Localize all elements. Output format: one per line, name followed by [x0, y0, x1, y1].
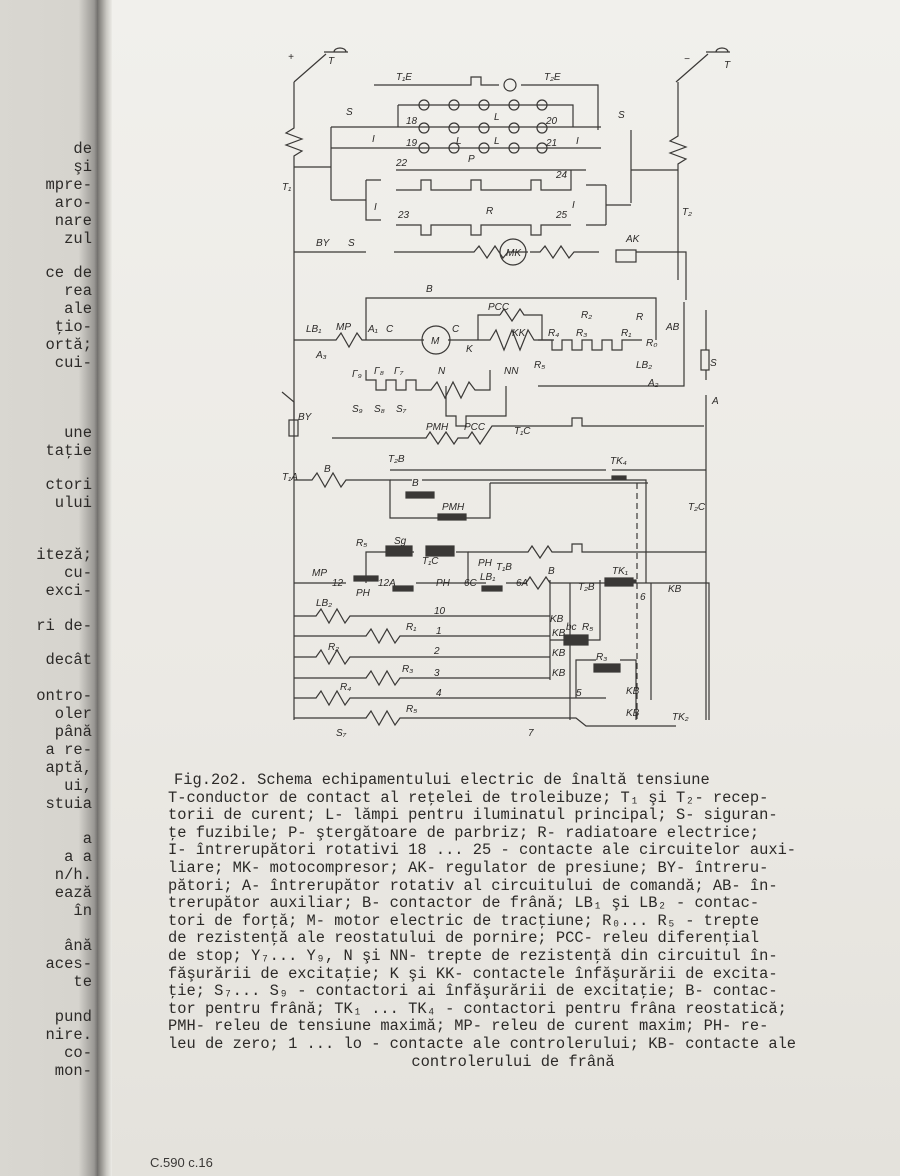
left-page-line: a re-: [45, 741, 92, 759]
diagram-label: A₁: [367, 324, 378, 335]
circuit-schematic: + T − T T₁E T₂E S S I I I I L L L 18 20 …: [276, 40, 756, 750]
left-page-line: decât: [45, 651, 92, 669]
caption-line: leu de zero; 1 ... lo - contacte ale con…: [168, 1036, 858, 1054]
diagram-label: 5: [576, 688, 582, 699]
diagram-label: B: [548, 566, 555, 577]
left-page-line: ce de: [45, 264, 92, 282]
left-page-line: în: [73, 902, 92, 920]
diagram-label: S: [346, 107, 353, 118]
diagram-label: 4: [436, 688, 442, 699]
diagram-label: 7: [528, 728, 534, 739]
diagram-label: PH: [478, 558, 493, 569]
diagram-label: AK: [625, 234, 641, 245]
diagram-label: KB: [668, 584, 682, 595]
diagram-label: A₃: [315, 350, 327, 361]
diagram-label: TK₄: [610, 456, 627, 467]
diagram-label: 20: [545, 116, 558, 127]
diagram-label: S: [710, 358, 717, 369]
diagram-label: 12A: [378, 578, 396, 589]
diagram-label: TK₁: [612, 566, 628, 577]
diagram-label: BY: [316, 238, 331, 249]
diagram-label: KB: [550, 614, 564, 625]
caption-line: trerupător auxiliar; B- contactor de frâ…: [168, 895, 858, 913]
left-page-line: ţio-: [55, 318, 92, 336]
diagram-label: T₁A: [282, 472, 298, 483]
left-page-line: oler: [55, 705, 92, 723]
left-page-line: ează: [55, 884, 92, 902]
diagram-label: Γ₇: [394, 366, 404, 377]
diagram-label: I: [576, 136, 579, 147]
left-page-line: pund: [55, 1008, 92, 1026]
left-page-line: co-: [64, 1044, 92, 1062]
diagram-label: S: [348, 238, 355, 249]
diagram-label: A₂: [647, 378, 659, 389]
diagram-label: Γ₉: [352, 369, 362, 380]
diagram-label: B: [426, 284, 433, 295]
diagram-label: R₃: [402, 664, 413, 675]
caption-line: de rezistenţă ale reostatului de pornire…: [168, 930, 858, 948]
left-page-line: şi: [73, 158, 92, 176]
left-page-line: zul: [64, 230, 92, 248]
left-page-line: ontro-: [36, 687, 92, 705]
left-page-line: aces-: [45, 955, 92, 973]
diagram-label: T₁C: [422, 556, 439, 567]
diagram-label: I: [372, 134, 375, 145]
diagram-label: S₉: [352, 404, 363, 415]
caption-line: de stop; Υ₇... Υ₉, N şi NN- trepte de re…: [168, 948, 858, 966]
left-page-line: până: [55, 723, 92, 741]
left-page-line: exci-: [45, 582, 92, 600]
diagram-label: I: [374, 202, 377, 213]
caption-line: făşurării de excitaţie; K şi KK- contact…: [168, 966, 858, 984]
diagram-label: MP: [312, 568, 327, 579]
left-page-line: cui-: [55, 354, 92, 372]
diagram-label: R₂: [581, 310, 592, 321]
left-page-line: iteză;: [36, 546, 92, 564]
left-page-line: de: [73, 140, 92, 158]
diagram-label: BY: [298, 412, 313, 423]
caption-line: pători; A- întrerupător rotativ al circu…: [168, 878, 858, 896]
diagram-label: PCC: [464, 422, 486, 433]
diagram-label: KB: [552, 648, 566, 659]
diagram-label: Γ₈: [374, 366, 384, 377]
diagram-label: 1: [436, 626, 442, 637]
diagram-label: MK: [506, 248, 522, 259]
diagram-label: 6C: [464, 578, 478, 589]
diagram-label: TK₂: [672, 712, 689, 723]
left-page-line: ână: [64, 937, 92, 955]
left-page-line: taţie: [45, 442, 92, 460]
caption-line: I- întrerupători rotativi 18 ... 25 - co…: [168, 842, 858, 860]
circuit-diagram: + T − T T₁E T₂E S S I I I I L L L 18 20 …: [276, 40, 756, 750]
diagram-label: 18: [406, 116, 418, 127]
diagram-label: 24: [555, 170, 568, 181]
caption-line: PMH- releu de tensiune maximă; MP- releu…: [168, 1018, 858, 1036]
diagram-label: LB₂: [316, 598, 332, 609]
diagram-label: T₁C: [514, 426, 531, 437]
left-page-line: ui,: [64, 777, 92, 795]
diagram-label: KB: [552, 668, 566, 679]
diagram-label: R₂: [328, 642, 339, 653]
caption-line: ţie; S₇... S₉ - contactori ai înfăşurări…: [168, 983, 858, 1001]
diagram-label: L: [456, 136, 462, 147]
diagram-label: AB: [665, 322, 680, 333]
diagram-label: T: [724, 60, 731, 71]
diagram-label: K: [466, 344, 474, 355]
left-page-line: ortă;: [45, 336, 92, 354]
left-page-line: rea: [64, 282, 92, 300]
diagram-label: 6A: [516, 578, 529, 589]
diagram-label: PMH: [442, 502, 465, 513]
diagram-label: T₂E: [544, 72, 561, 83]
diagram-label: C: [452, 324, 460, 335]
left-page-line: ului: [55, 494, 92, 512]
diagram-label: 10: [434, 606, 446, 617]
left-page-line: n/h.: [55, 866, 92, 884]
caption-last-line: controlerului de frână: [168, 1054, 858, 1072]
left-page-line: mon-: [55, 1062, 92, 1080]
diagram-label: 12: [332, 578, 344, 589]
diagram-label: 19: [406, 138, 418, 149]
left-page-line: une: [64, 424, 92, 442]
diagram-label: T₂C: [688, 502, 706, 513]
diagram-label: R₀: [646, 338, 657, 349]
diagram-label: R: [486, 206, 493, 217]
library-stamp: C.590 c.16: [150, 1155, 213, 1170]
diagram-label: T₂B: [578, 582, 595, 593]
diagram-label: N: [438, 366, 446, 377]
caption-line: T-conductor de contact al reţelei de tro…: [168, 790, 858, 808]
diagram-label: T₂B: [388, 454, 405, 465]
diagram-label: S₇: [396, 404, 407, 415]
diagram-label: PCC: [488, 302, 510, 313]
diagram-label: M: [431, 336, 440, 347]
diagram-label: Sg: [394, 536, 407, 547]
diagram-label: bc: [566, 622, 577, 633]
diagram-label: B: [412, 478, 419, 489]
left-page-line: aro-: [55, 194, 92, 212]
diagram-label: PH: [356, 588, 371, 599]
diagram-label: R₅: [534, 360, 545, 371]
diagram-label: 22: [395, 158, 408, 169]
left-page-line: cu-: [64, 564, 92, 582]
diagram-label: R₅: [356, 538, 367, 549]
left-page-line: aptă,: [45, 759, 92, 777]
caption-line: torii de curent; L- lămpi pentru ilumina…: [168, 807, 858, 825]
diagram-label: R₅: [582, 622, 593, 633]
left-page-line: ri de-: [36, 617, 92, 635]
left-page-line: a a: [64, 848, 92, 866]
caption-line: liare; MK- motocompresor; AK- regulator …: [168, 860, 858, 878]
caption-line: ţe fuzibile; P- ştergătoare de parbriz; …: [168, 825, 858, 843]
left-page-line: a: [83, 830, 92, 848]
diagram-label: R₅: [406, 704, 417, 715]
left-page-line: nare: [55, 212, 92, 230]
left-page-line: nire.: [45, 1026, 92, 1044]
diagram-label: P: [468, 154, 475, 165]
diagram-label: R₃: [576, 328, 587, 339]
diagram-label: −: [684, 54, 690, 65]
diagram-label: 6: [640, 592, 646, 603]
diagram-label: T₁B: [496, 562, 512, 573]
diagram-label: L: [494, 112, 500, 123]
diagram-label: 25: [555, 210, 568, 221]
diagram-label: NN: [504, 366, 519, 377]
diagram-label: R₄: [548, 328, 559, 339]
diagram-label: PMH: [426, 422, 449, 433]
left-page: deşimpre-aro-narezulce dereaaleţio-ortă;…: [0, 0, 98, 1176]
diagram-label: LB₁: [306, 324, 321, 335]
diagram-label: S: [618, 110, 625, 121]
left-page-line: te: [73, 973, 92, 991]
caption-line: tor pentru frână; TK₁ ... TK₄ - contacto…: [168, 1001, 858, 1019]
diagram-label: KB: [626, 686, 640, 697]
book-gutter: [98, 0, 112, 1176]
diagram-label: LB₂: [636, 360, 652, 371]
caption-line: tori de forţă; M- motor electric de trac…: [168, 913, 858, 931]
diagram-label: 21: [545, 138, 557, 149]
diagram-label: KB: [626, 708, 640, 719]
left-page-line: ctori: [45, 476, 92, 494]
diagram-label: T₁: [282, 182, 291, 193]
left-page-line: stuia: [45, 795, 92, 813]
diagram-label: LB₁: [480, 572, 495, 583]
diagram-label: KK: [512, 328, 527, 339]
diagram-label: T: [328, 56, 335, 67]
diagram-label: C: [386, 324, 394, 335]
diagram-label: +: [288, 52, 294, 63]
diagram-label: KB: [552, 628, 566, 639]
left-page-line: mpre-: [45, 176, 92, 194]
diagram-label: R₁: [621, 328, 631, 339]
diagram-label: A: [711, 396, 719, 407]
diagram-label: MP: [336, 322, 351, 333]
diagram-label: R: [636, 312, 643, 323]
diagram-label: 23: [397, 210, 410, 221]
caption-legend: T-conductor de contact al reţelei de tro…: [168, 790, 858, 1054]
figure-caption: Fig.2o2. Schema echipamentului electric …: [168, 772, 858, 1071]
diagram-label: I: [572, 200, 575, 211]
left-page-line: ale: [64, 300, 92, 318]
diagram-label: S₈: [374, 404, 385, 415]
diagram-label: R₄: [340, 682, 351, 693]
diagram-label: T₁E: [396, 72, 412, 83]
diagram-label: PH: [436, 578, 451, 589]
diagram-label: T₂: [682, 207, 692, 218]
diagram-label: L: [494, 136, 500, 147]
diagram-label: R₁: [406, 622, 416, 633]
diagram-label: 3: [434, 668, 440, 679]
diagram-label: 2: [433, 646, 440, 657]
caption-title: Fig.2o2. Schema echipamentului electric …: [168, 772, 858, 790]
diagram-label: B: [324, 464, 331, 475]
diagram-label: S₇: [336, 728, 347, 739]
diagram-label: R₃: [596, 652, 607, 663]
